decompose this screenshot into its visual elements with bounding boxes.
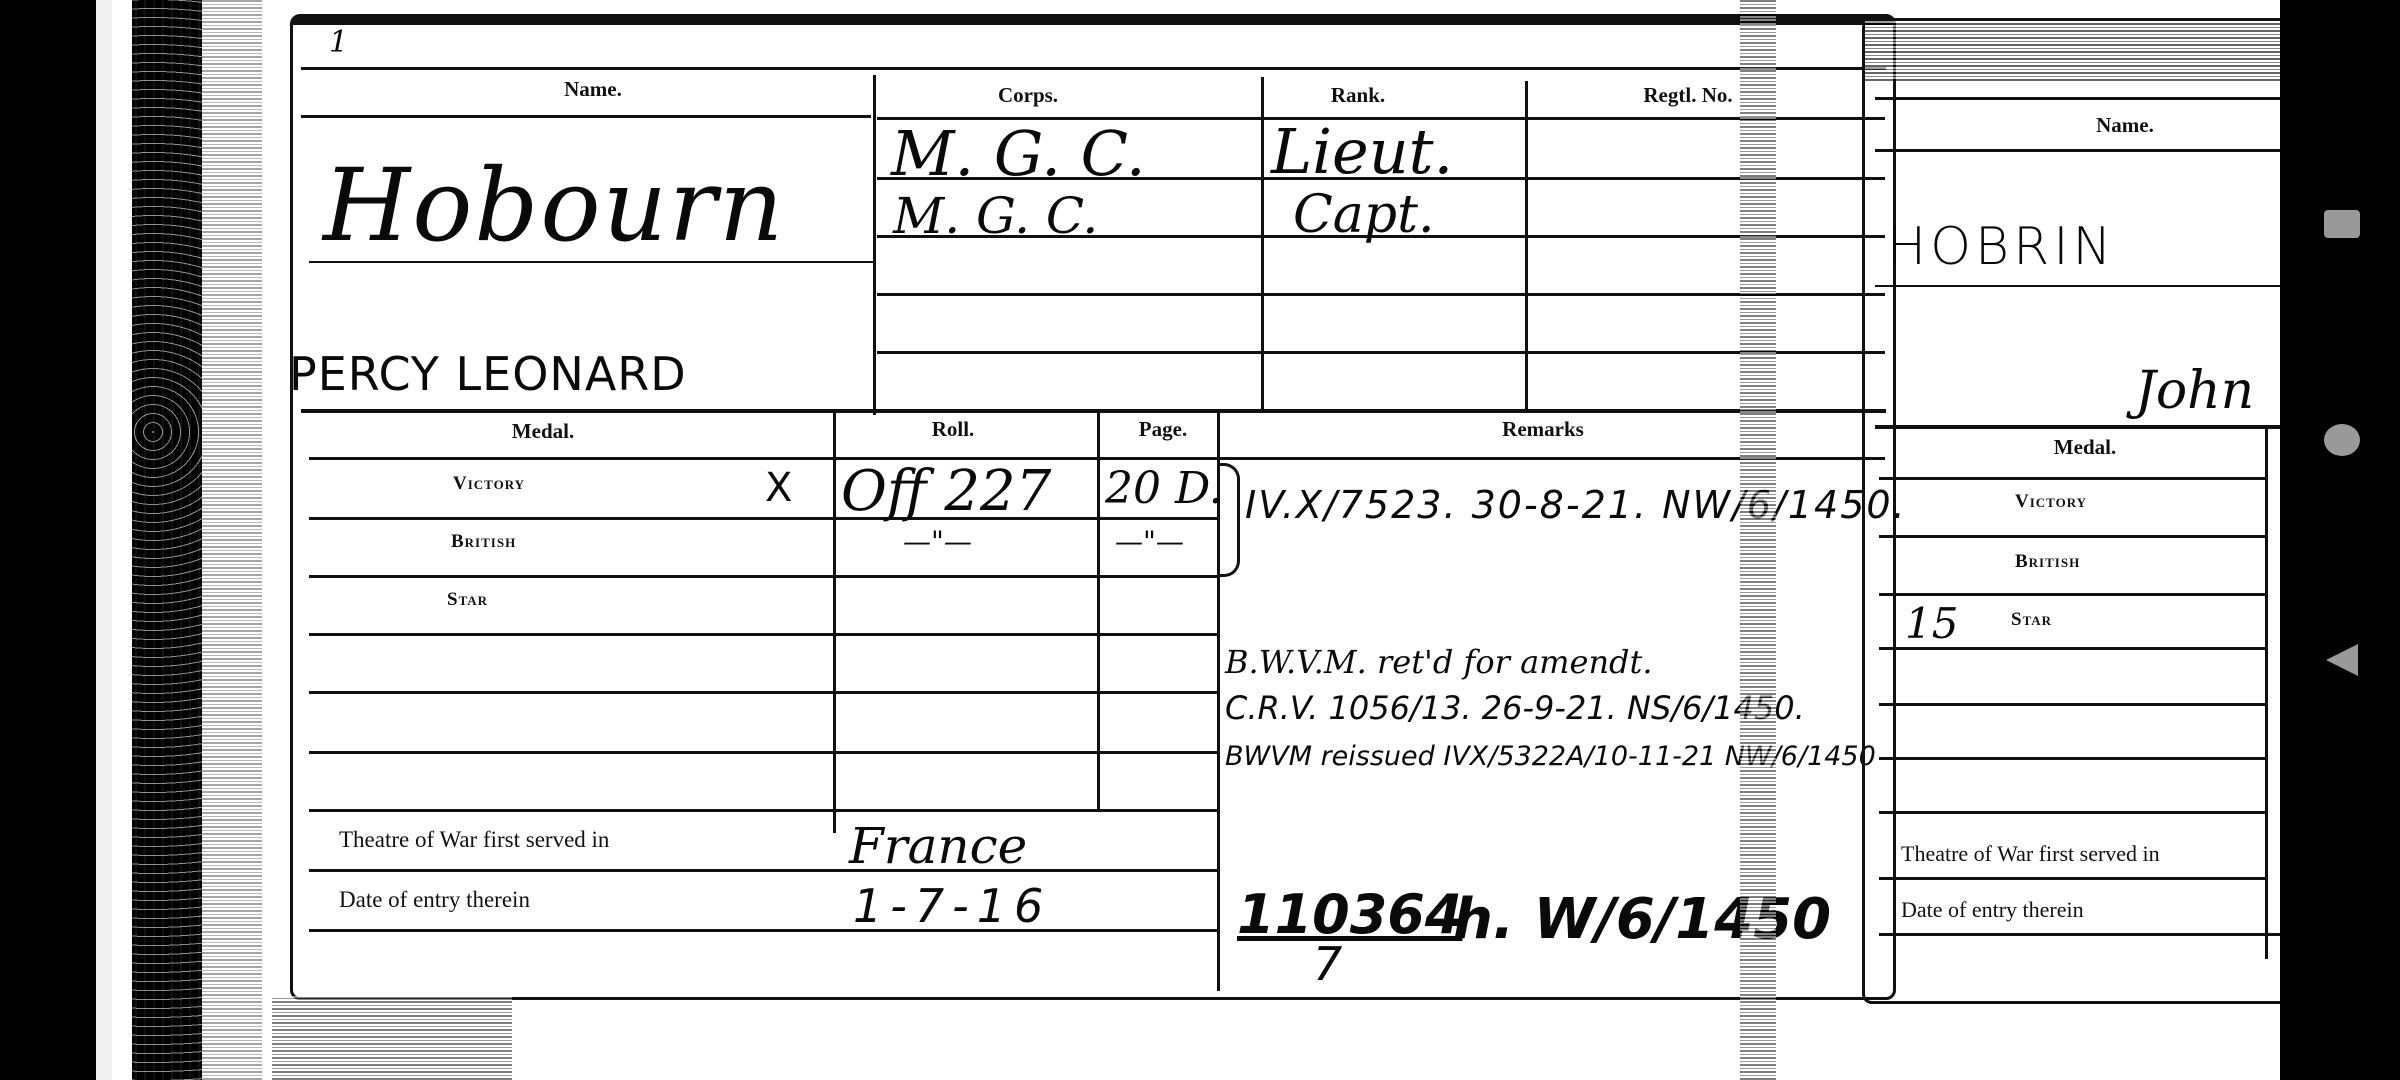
- divider: [1525, 81, 1528, 411]
- divider: [1261, 77, 1264, 411]
- date-entry-label: Date of entry therein: [1901, 897, 2084, 923]
- theatre-value: France: [849, 817, 1027, 875]
- corps-row-2: M. G. C.: [893, 187, 1098, 245]
- divider: [1879, 647, 2265, 650]
- date-entry-value: 1-7-16: [853, 879, 1051, 933]
- back-button-triangle-icon[interactable]: [2326, 644, 2358, 676]
- divider: [309, 575, 1217, 578]
- remark-2: B.W.V.M. ret'd for amendt.: [1225, 643, 1653, 681]
- scan-dark-edge: [132, 0, 202, 1080]
- divider: [877, 351, 1885, 354]
- divider: [877, 293, 1885, 296]
- theatre-label: Theatre of War first served in: [339, 827, 609, 853]
- theatre-label: Theatre of War first served in: [1901, 841, 2160, 867]
- divider: [309, 751, 1217, 754]
- given-names: PERCY LEONARD: [289, 347, 687, 401]
- header-name: Name.: [403, 77, 783, 102]
- system-navigation-bar: [2280, 0, 2400, 1080]
- rank-row-2: Capt.: [1293, 185, 1435, 245]
- british-roll: —"—: [903, 525, 972, 558]
- remark-4: BWVM reissued IVX/5322A/10-11-21 NW/6/14…: [1225, 741, 1876, 772]
- medal-star: Star: [447, 589, 488, 611]
- divider: [873, 75, 876, 415]
- divider: [1875, 149, 2280, 152]
- scanned-document-image[interactable]: 1 Name. Corps. Rank. Regtl. No. Hobourn …: [132, 0, 2280, 1080]
- home-button-circle-icon[interactable]: [2324, 424, 2360, 456]
- header-medal: Medal.: [443, 419, 643, 444]
- card-edge-shadow: [1740, 0, 1776, 1080]
- given-name-partial: John: [2135, 361, 2254, 421]
- divider: [1097, 413, 1100, 809]
- divider: [2265, 429, 2268, 959]
- surname: HOBRIN: [1887, 217, 2115, 277]
- corner-mark: 1: [329, 25, 348, 60]
- divider: [1879, 593, 2265, 596]
- divider: [309, 457, 1885, 460]
- header-page: Page.: [1093, 417, 1233, 442]
- divider: [309, 929, 1217, 932]
- divider: [309, 517, 1217, 520]
- medal-british: British: [2015, 551, 2080, 573]
- viewer-gutter-white: [112, 0, 132, 1080]
- date-entry-label: Date of entry therein: [339, 887, 530, 913]
- corps-row-1: M. G. C.: [891, 117, 1146, 190]
- header-corps: Corps.: [833, 83, 1223, 108]
- divider: [301, 115, 871, 118]
- divider: [1875, 97, 2280, 100]
- divider: [301, 67, 1886, 70]
- divider: [301, 409, 1886, 413]
- divider: [1875, 425, 2280, 429]
- medal-star: Star: [2011, 609, 2052, 631]
- footer-number: 110364: [1237, 883, 1462, 946]
- divider: [1879, 535, 2265, 538]
- divider: [1879, 877, 2265, 880]
- divider: [1879, 933, 2280, 936]
- remark-1: IV.X/7523. 30-8-21. NW/6/1450.: [1245, 483, 1907, 527]
- card-top-band: [293, 17, 1893, 25]
- divider: [1879, 703, 2265, 706]
- victory-page: 20 D.: [1105, 463, 1223, 514]
- medal-victory: Victory: [453, 473, 525, 495]
- footer-number-sub: 7: [1313, 937, 1342, 991]
- divider: [1879, 477, 2265, 480]
- header-medal: Medal.: [1985, 435, 2185, 460]
- header-regtl-no: Regtl. No.: [1493, 83, 1883, 108]
- medal-victory: Victory: [2015, 491, 2087, 513]
- header-name: Name.: [2045, 113, 2205, 138]
- british-page: —"—: [1115, 525, 1184, 558]
- divider: [309, 869, 1217, 872]
- card-top-band: [1865, 21, 2280, 81]
- scan-shadow: [272, 996, 512, 1080]
- remarks-brace: [1219, 463, 1240, 577]
- recents-button-square-icon[interactable]: [2324, 210, 2360, 238]
- scan-shadow: [202, 0, 262, 1080]
- divider: [309, 809, 1217, 812]
- viewer-gutter: [96, 0, 112, 1080]
- rank-row-1: Lieut.: [1271, 115, 1453, 188]
- surname: Hobourn: [323, 147, 785, 264]
- divider: [833, 413, 836, 833]
- divider: [309, 633, 1217, 636]
- divider: [1879, 757, 2265, 760]
- star-mark: 15: [1905, 599, 1958, 648]
- medal-index-card: 1 Name. Corps. Rank. Regtl. No. Hobourn …: [290, 14, 1896, 1000]
- divider: [1879, 811, 2265, 814]
- victory-roll: Off 227: [841, 459, 1051, 524]
- divider: [1875, 285, 2280, 287]
- adjacent-medal-card: Name. HOBRIN John Medal. Victory British…: [1862, 18, 2280, 1004]
- medal-british: British: [451, 531, 516, 553]
- header-roll: Roll.: [833, 417, 1073, 442]
- victory-mark: X: [765, 465, 792, 511]
- viewer-left-margin: [0, 0, 96, 1080]
- remark-3: C.R.V. 1056/13. 26-9-21. NS/6/1450.: [1225, 689, 1805, 727]
- header-remarks: Remarks: [1393, 417, 1693, 442]
- divider: [309, 691, 1217, 694]
